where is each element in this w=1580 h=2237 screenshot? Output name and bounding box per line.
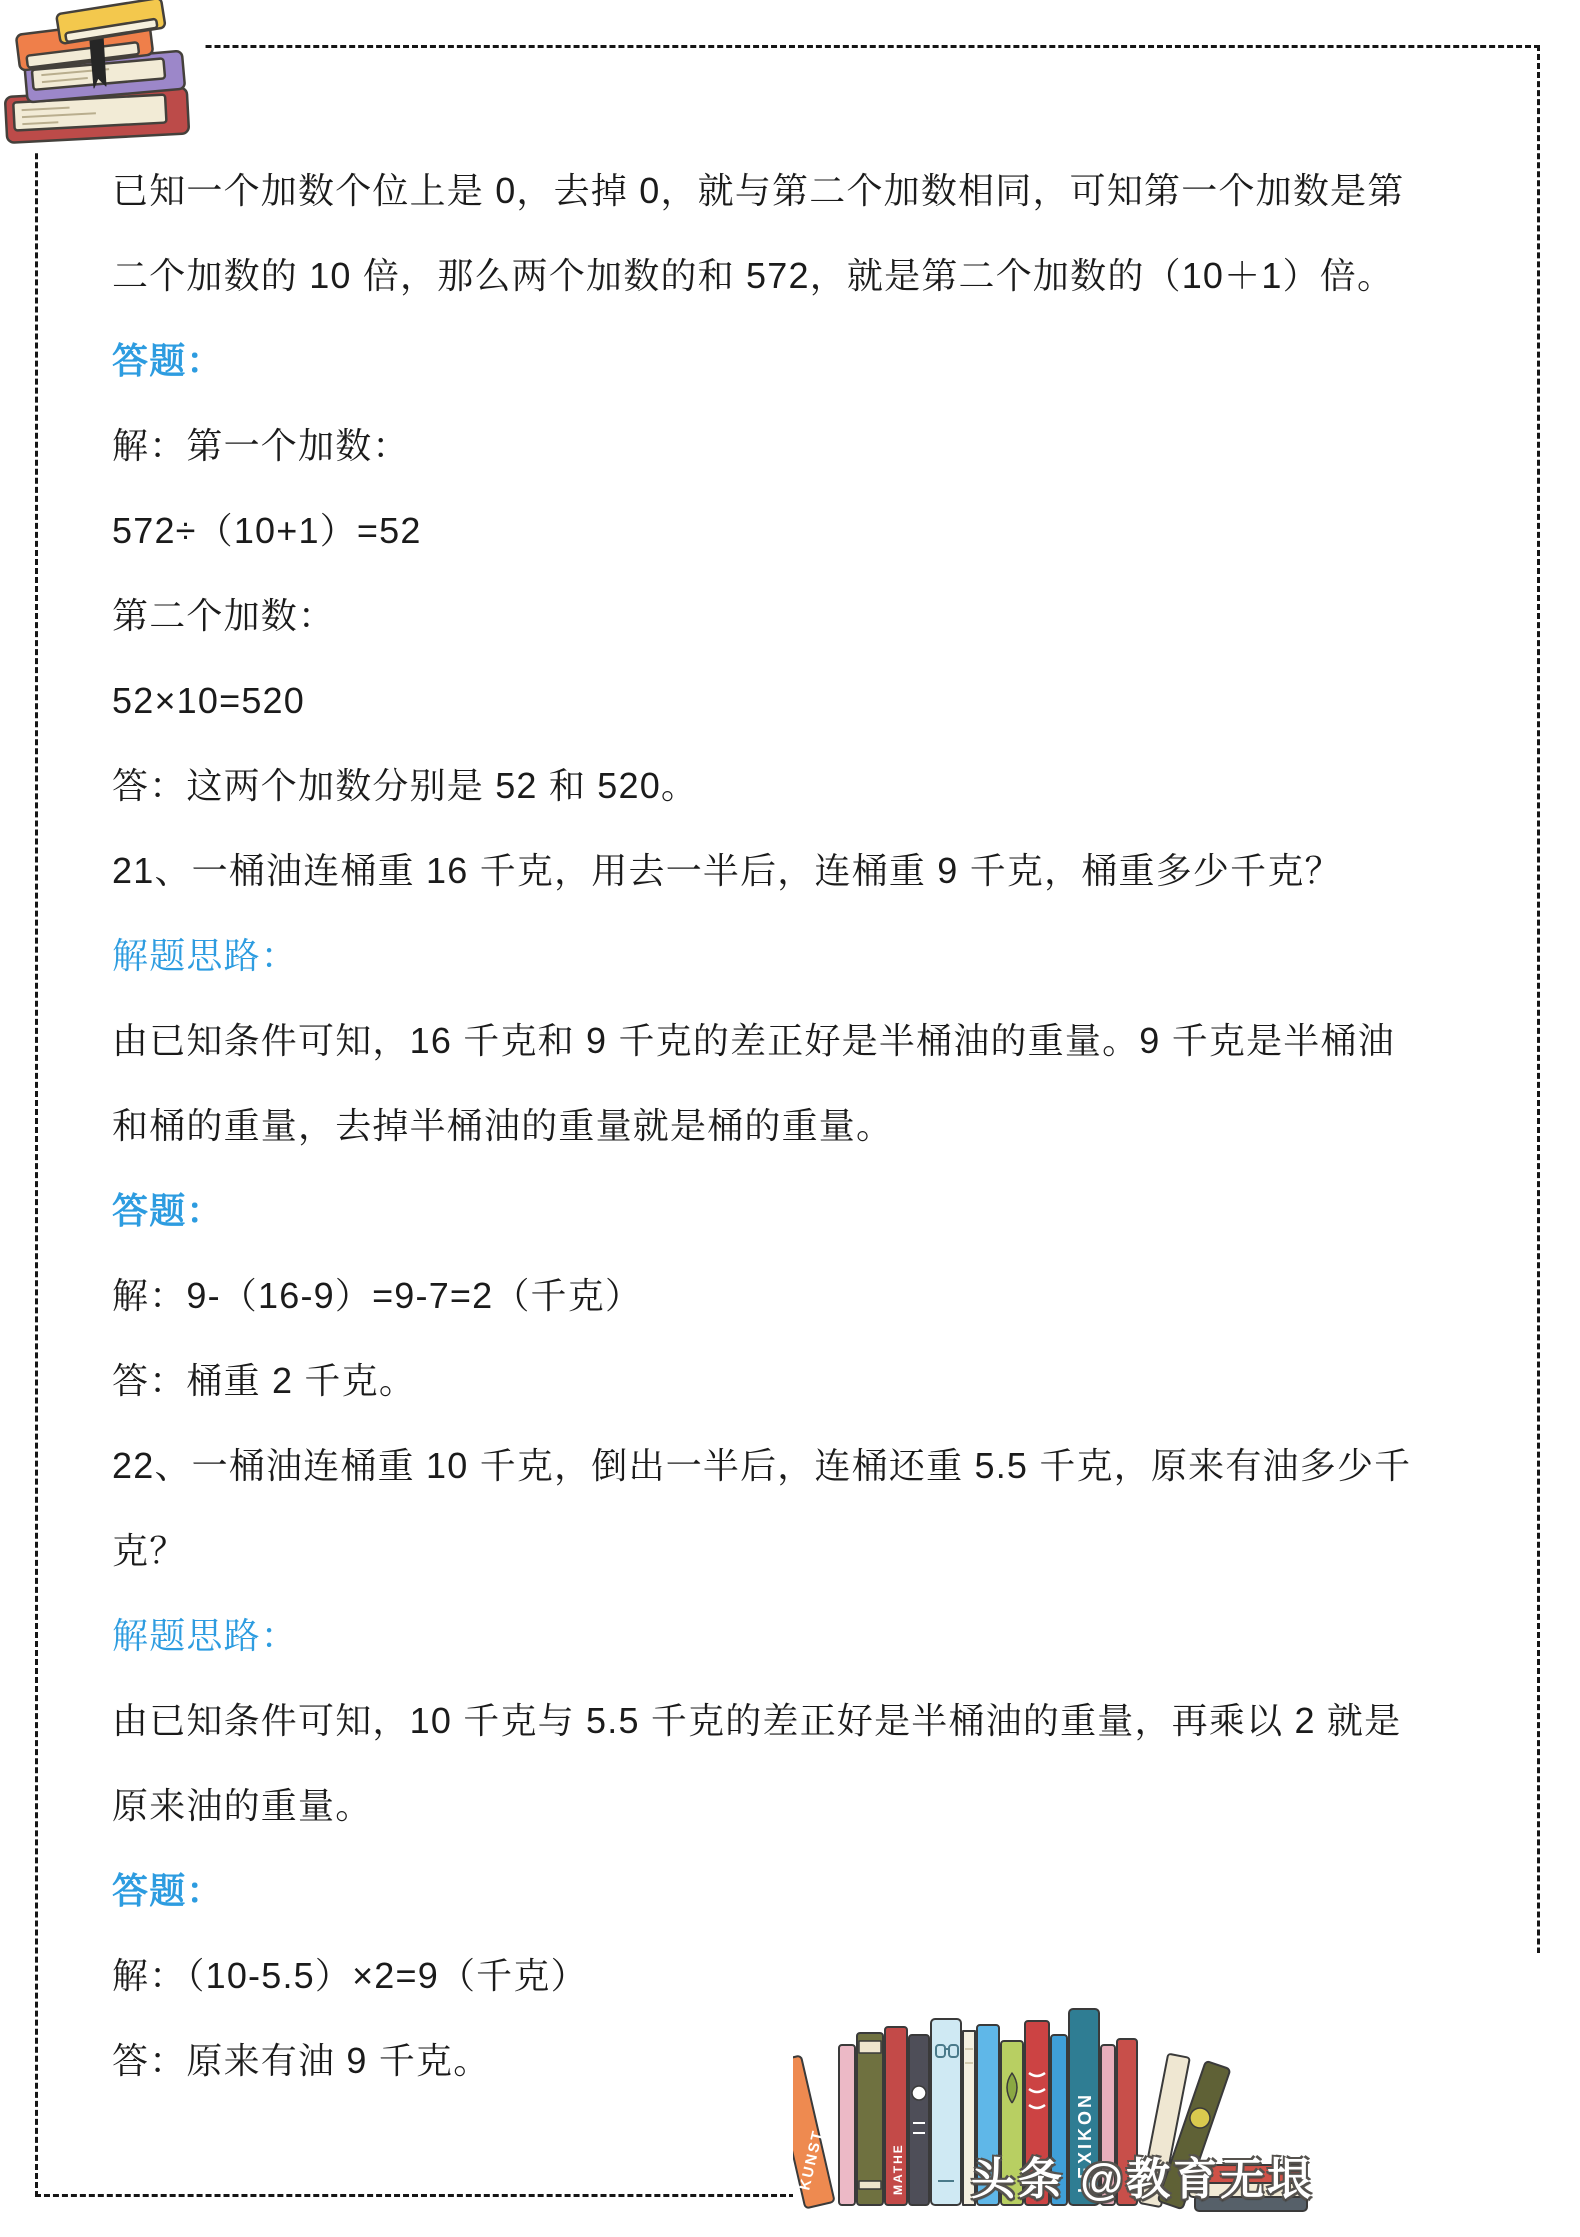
worksheet-text: 已知一个加数个位上是 0，去掉 0，就与第二个加数相同，可知第一个加数是第 二个…	[112, 148, 1520, 2103]
answer-statement-problem-20: 答：这两个加数分别是 52 和 520。	[112, 743, 1520, 828]
book-stack-icon	[0, 0, 205, 152]
problem-22-idea-line-2: 原来油的重量。	[112, 1763, 1520, 1848]
bookshelf-icon: KUNST MATHE LEXIKON 头条 @教育无垠	[793, 1953, 1580, 2237]
answer-statement-problem-21: 答：桶重 2 千克。	[112, 1338, 1520, 1423]
answer-heading: 答题：	[112, 318, 1520, 403]
solution-step-second-addend: 第二个加数：	[112, 573, 1520, 658]
watermark-brand: 头条	[971, 2155, 1065, 2204]
answer-heading: 答题：	[112, 1168, 1520, 1253]
problem-20-explanation-line-1: 已知一个加数个位上是 0，去掉 0，就与第二个加数相同，可知第一个加数是第	[112, 148, 1520, 233]
problem-21-idea-line-1: 由已知条件可知，16 千克和 9 千克的差正好是半桶油的重量。9 千克是半桶油	[112, 998, 1520, 1083]
answer-heading: 答题：	[112, 1848, 1520, 1933]
problem-21-text: 21、一桶油连桶重 16 千克，用去一半后，连桶重 9 千克，桶重多少千克？	[112, 828, 1520, 913]
problem-21-idea-line-2: 和桶的重量，去掉半桶油的重量就是桶的重量。	[112, 1083, 1520, 1168]
solution-idea-heading: 解题思路：	[112, 1593, 1520, 1678]
problem-22-text-line-2: 克？	[112, 1508, 1520, 1593]
solution-idea-heading: 解题思路：	[112, 913, 1520, 998]
book-stack-drawing	[0, 0, 205, 152]
watermark-handle: @教育无垠	[1080, 2155, 1314, 2204]
problem-22-text-line-1: 22、一桶油连桶重 10 千克，倒出一半后，连桶还重 5.5 千克，原来有油多少…	[112, 1423, 1520, 1508]
book-spine-label: MATHE	[891, 2143, 905, 2195]
equation-52-times-10: 52×10=520	[112, 658, 1520, 743]
equation-problem-21: 解：9-（16-9）=9-7=2（千克）	[112, 1253, 1520, 1338]
problem-20-explanation-line-2: 二个加数的 10 倍，那么两个加数的和 572，就是第二个加数的（10＋1）倍。	[112, 233, 1520, 318]
problem-22-idea-line-1: 由已知条件可知，10 千克与 5.5 千克的差正好是半桶油的重量，再乘以 2 就…	[112, 1678, 1520, 1763]
worksheet-page: 已知一个加数个位上是 0，去掉 0，就与第二个加数相同，可知第一个加数是第 二个…	[0, 0, 1580, 2237]
watermark: 头条 @教育无垠	[971, 2143, 1314, 2207]
equation-572-div: 572÷（10+1）=52	[112, 488, 1520, 573]
solution-step-first-addend: 解：第一个加数：	[112, 403, 1520, 488]
